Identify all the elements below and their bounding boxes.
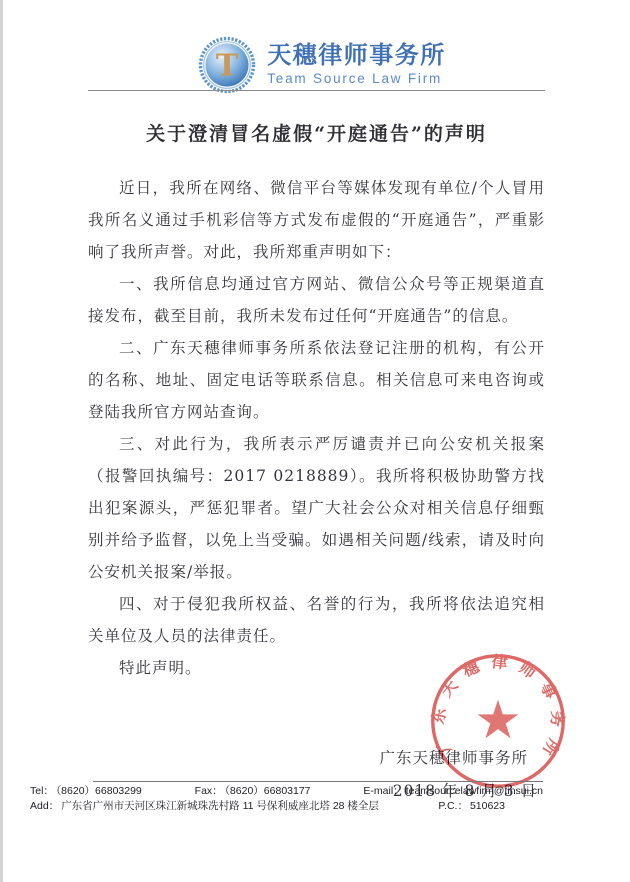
fax-label: Fax： bbox=[195, 785, 223, 797]
statement-title: 关于澄清冒名虚假“开庭通告”的声明 bbox=[88, 120, 545, 148]
firm-name-chinese: 天穗律师事务所 bbox=[267, 43, 446, 69]
footer-line-1: Tel：（8620）66803299 Fax：（8620）66803177 E-… bbox=[30, 785, 543, 798]
tel-value: （8620）66803299 bbox=[56, 785, 142, 797]
email-segment: E-mail：teamsourcelawfirm@tinsui.cn bbox=[363, 785, 543, 798]
statement-paragraph: 特此声明。 bbox=[88, 652, 545, 684]
firm-name-english: Team Source Law Firm bbox=[267, 72, 446, 87]
firm-logo-icon: T bbox=[198, 36, 256, 94]
signature-firm: 广东天穗律师事务所 bbox=[88, 742, 545, 774]
statement-paragraph: 近日，我所在网络、微信平台等媒体发现有单位/个人冒用我所名义通过手机彩信等方式发… bbox=[88, 172, 545, 268]
fax-value: （8620）66803177 bbox=[225, 785, 311, 797]
letterhead: T 天穗律师事务所 Team Source Law Firm bbox=[0, 36, 630, 94]
header-divider bbox=[88, 90, 545, 91]
firm-names: 天穗律师事务所 Team Source Law Firm bbox=[267, 43, 446, 87]
email-value: teamsourcelawfirm@tinsui.cn bbox=[406, 785, 543, 797]
scan-edge-artifact bbox=[0, 0, 3, 882]
postcode-segment: P.C.：510623 bbox=[438, 800, 505, 813]
fax-segment: Fax：（8620）66803177 bbox=[195, 785, 311, 798]
tel-label: Tel： bbox=[30, 785, 54, 797]
email-label: E-mail： bbox=[363, 785, 403, 797]
address-segment: Add：广东省广州市天河区珠江新城珠冼村路 11 号保利威座北塔 28 楼全层 bbox=[30, 800, 379, 813]
footer-line-2: Add：广东省广州市天河区珠江新城珠冼村路 11 号保利威座北塔 28 楼全层 … bbox=[30, 800, 543, 813]
logo-monogram: T bbox=[216, 49, 239, 84]
statement-paragraph: 四、对于侵犯我所权益、名誉的行为，我所将依法追究相关单位及人员的法律责任。 bbox=[88, 588, 545, 652]
statement-paragraph: 三、对此行为，我所表示严厉谴责并已向公安机关报案（报警回执编号：2017 021… bbox=[88, 428, 545, 588]
address-label: Add： bbox=[30, 800, 59, 812]
contact-footer: Tel：（8620）66803299 Fax：（8620）66803177 E-… bbox=[30, 781, 543, 813]
statement-paragraph: 二、广东天穗律师事务所系依法登记注册的机构，有公开的名称、地址、固定电话等联系信… bbox=[88, 332, 545, 428]
statement-paragraph: 一、我所信息均通过官方网站、微信公众号等正规渠道直接发布，截至目前，我所未发布过… bbox=[88, 268, 545, 332]
statement-body: 关于澄清冒名虚假“开庭通告”的声明 近日，我所在网络、微信平台等媒体发现有单位/… bbox=[88, 120, 545, 808]
postcode-value: 510623 bbox=[470, 800, 505, 812]
postcode-label: P.C.： bbox=[438, 800, 468, 812]
tel-segment: Tel：（8620）66803299 bbox=[30, 785, 142, 798]
address-value: 广东省广州市天河区珠江新城珠冼村路 11 号保利威座北塔 28 楼全层 bbox=[61, 800, 379, 812]
document-page: T 天穗律师事务所 Team Source Law Firm 关于澄清冒名虚假“… bbox=[0, 0, 630, 882]
footer-divider bbox=[93, 781, 543, 782]
